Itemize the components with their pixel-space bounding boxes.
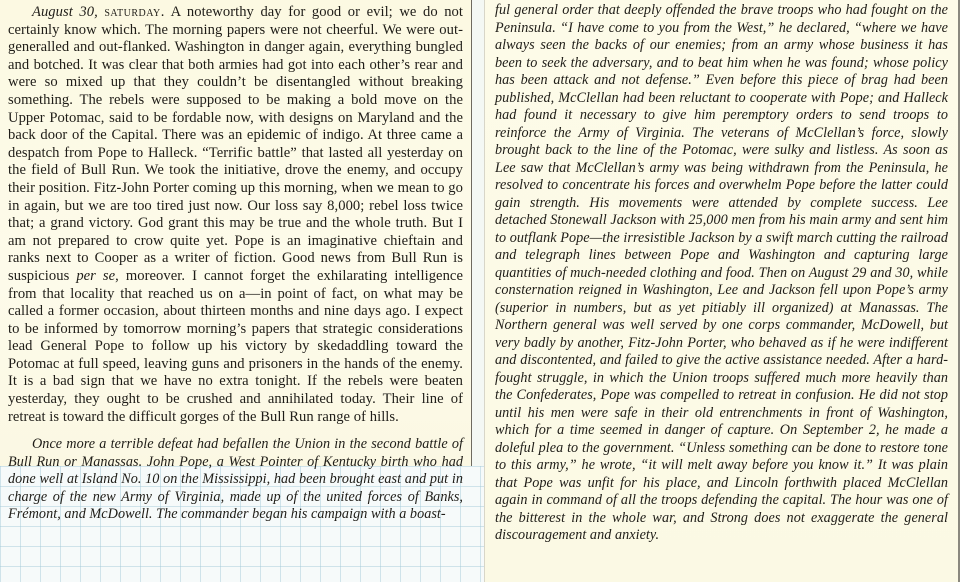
right-book-page: ful general order that deeply offended t… <box>484 0 960 582</box>
diary-entry-paragraph: August 30, saturday. A noteworthy day fo… <box>8 4 463 426</box>
commentary-paragraph-left: Once more a terrible defeat had befallen… <box>8 436 463 524</box>
entry-latin-phrase: per se <box>76 268 115 284</box>
entry-text-part-1: A noteworthy day for good or evil; we do… <box>8 4 463 284</box>
entry-weekday: saturday. <box>104 4 165 20</box>
entry-text-part-2: , moreover. I cannot forget the exhilara… <box>8 268 463 425</box>
commentary-paragraph-right: ful general order that deeply offended t… <box>495 2 948 545</box>
entry-date: August 30, <box>32 4 98 20</box>
left-book-page: August 30, saturday. A noteworthy day fo… <box>0 0 472 466</box>
